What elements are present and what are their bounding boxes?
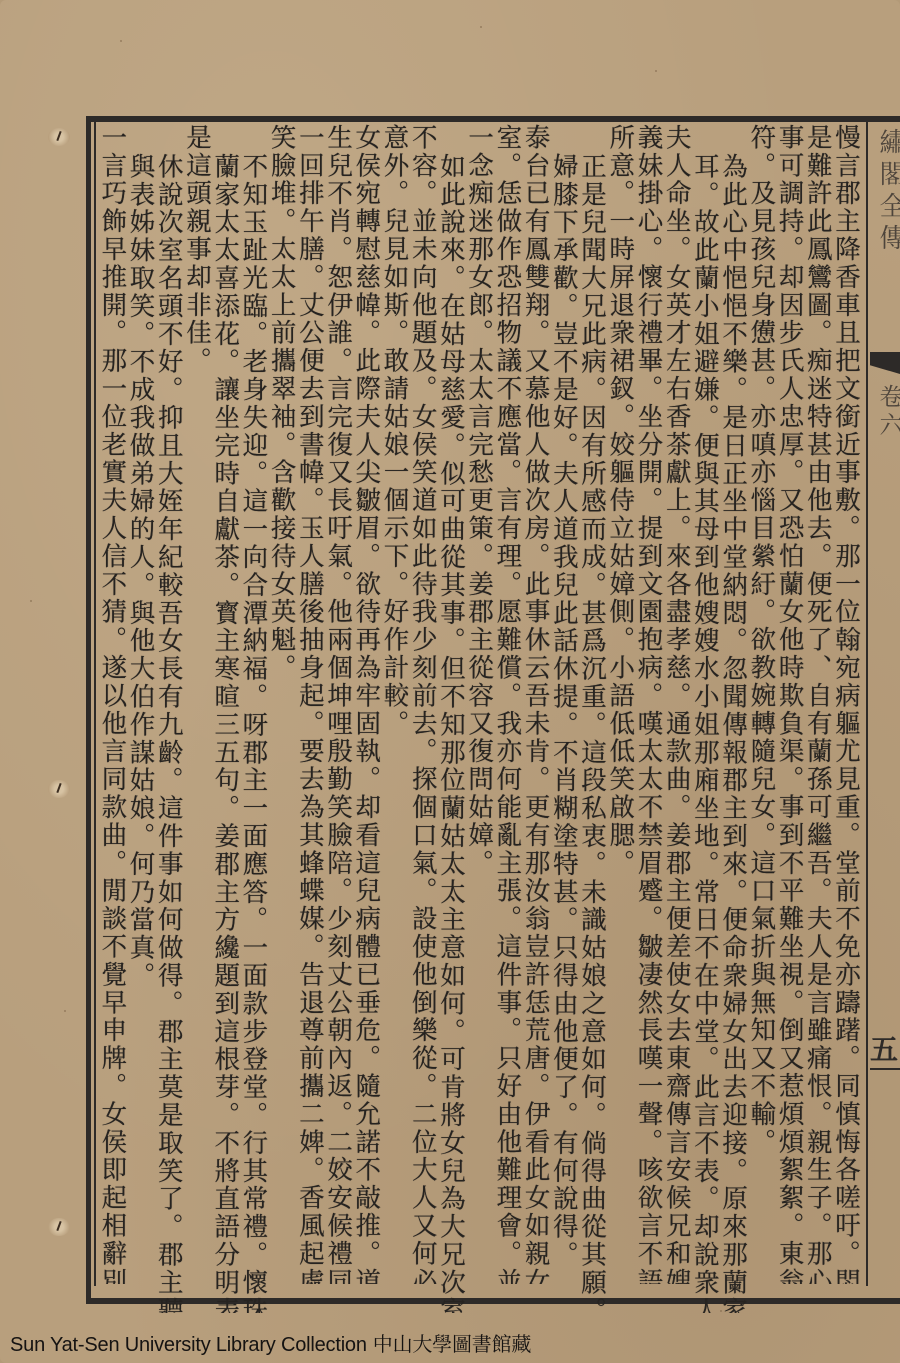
text-column: 正是兒聞大兄此病。因有所感而成。甚爲沉重。這段私衷。未識姑娘之意如何。倘得曲從其… [580,124,608,1313]
book-title: 繡閣全傳 [872,128,900,256]
paper-speck [120,40,122,42]
volume-label: 卷六 [872,384,900,440]
text-column: 耳。故此蘭小姐避嫌。便與其母到他嫂嫂水小姐那廂坐地。常日不在中堂。此言不表。却說… [693,124,721,1313]
text-column: 與表姊妹取笑。不成我做弟婦的人。與他大伯作謀姑娘。何乃當真。 [128,124,156,1313]
text-column: 為此心中悒悒不樂。是日正坐中堂納悶。忽聞傳報郡主到來。便命衆婦女出去迎接。原來那… [721,124,749,1313]
text-column: 室。恁做作恐招物議不應當。言有理。愿難償。我亦何能亂主張。這件事。只好由他難理會… [495,124,523,1284]
collection-watermark: Sun Yat-Sen University Library Collectio… [10,1328,531,1357]
text-column: 生兒不肖。恕伊誰。言完復又長吁氣。他兩個坤哩殷勤笑臉陪。少刻丈公朝內返。二姣安候… [326,124,354,1284]
spine-divider-line [866,122,868,1286]
text-column: 符。及見孩兒身憊甚。亦嗔亦惱目縈紆。欲教婉轉隨兒女。這口氣折與無知又不輸。 [749,124,777,1284]
text-column: 女侯宛轉慰慈幃。此際夫人尖皺眉。欲待再為牢固執。却看這兒病體已垂危。隨允諾不敲推… [354,124,382,1284]
text-column: 不知玉趾光臨。老身失迎。這一向合潭納福。呀郡主一面應答。一面款步登堂。行其常禮。… [241,124,269,1313]
body-text: 慢言郡主降香車且把文銜近事敷。那一位翰宛病軀尤見重。堂前不免亦躊躇。同慎悔各嗟吁… [100,124,862,1284]
text-column: 婦膝下承歡。豈不是好。夫人道我兒此話休提。不肖糊塗特甚。只得由他便了。有何說得。 [552,124,580,1313]
page-number: 五 [870,1028,898,1068]
text-column: 一念痴迷那女郎。太太言完愁更䇿。姜郡主從容又復問姑嫜。 [467,124,495,1284]
text-column: 意外。兒見如斯。敢請姑娘一個示下。好作計較。 [382,124,410,1284]
binding-hole [48,780,70,798]
text-column: 如此說來。在姑母慈愛。似可曲從其事。但不知那位蘭姑太太主意如何。可肯將女兒為大兄… [439,124,467,1313]
text-column: 笑臉堆。太太上前攜翠袖。含歡接待女英魁。 [269,124,297,1284]
fishtail-mark-icon [870,352,900,374]
watermark-chinese: 中山大學圖書館藏 [373,1332,531,1356]
binding-hole [48,128,70,146]
paper-speck [64,1010,66,1012]
spine-margin: 繡閣全傳 卷六 五 [870,122,900,1286]
paper-speck [30,600,32,602]
text-column: 泰台已有鳳雙翔。又慕他人做次房。此事休云吾未肯。更有那汝翁豈許恁荒唐。伊看此女如… [523,124,551,1284]
text-column: 所意。一時屏退衆裙釵。姣軀侍立姑嫜側。小語低低笑啟腮。 [608,124,636,1284]
watermark-english: Sun Yat-Sen University Library Collectio… [10,1334,367,1356]
text-column: 一言巧飾早推開。那一位老實夫人信不猜。遂以他言同款曲。閒談不覺早申牌。女侯即起相… [100,124,128,1284]
scanned-book-page: 慢言郡主降香車且把文銜近事敷。那一位翰宛病軀尤見重。堂前不免亦躊躇。同慎悔各嗟吁… [0,0,900,1363]
text-column: 是這頭親事却非佳。 [185,124,213,1284]
text-column: 慢言郡主降香車且把文銜近事敷。那一位翰宛病軀尤見重。堂前不免亦躊躇。同慎悔各嗟吁… [834,124,862,1284]
text-column: 是難許此鳳鸞圖。痴迷特甚由他去。便死了、自有蘭孫可繼吾。夫人是言雖痛恨。親生子。… [806,124,834,1284]
text-column: 蘭家太太喜添花。讓坐完時自獻茶。寳主寒暄三五句。姜郡主方纔題到這根芽。不將直語分… [213,124,241,1313]
text-column: 一回排午膳。丈公便去到書幃。玉人膳後抽身起。要去為其蜂蝶媒。告退尊前攜二婢。香風… [298,124,326,1284]
text-column: 夫人命坐。女英才左右香茶獻上。來各盡孝慈。通款曲。姜郡主便差使女去東齋傳言安候兄… [664,124,692,1284]
paper-speck [480,26,482,28]
spine-rule [870,1068,900,1070]
paper-speck [655,70,657,72]
inner-border-line [94,122,96,1286]
text-column: 事可調持。却因步氏人忠厚。又恐怕蘭女他時欺負渠。事到不平難坐視。倒又惹煩煩絮絮。… [777,124,805,1284]
text-column: 休說次室名頭不好。抑且大姪年紀較吾女長有九齡。這件事如何做得。郡主莫是取笑了。郡… [157,124,185,1313]
text-column: 義妹掛心。懷行禮畢。坐分開。提到文園抱病。嘆太太不禁眉蹙。皺凄然長嘆一聲。咳欲言… [636,124,664,1284]
text-column: 不容。並未向他題及。女侯笑道如此待我少刻前去。探個口氣。設使他倒樂從。二位大人又… [411,124,439,1284]
binding-hole [48,1218,70,1236]
